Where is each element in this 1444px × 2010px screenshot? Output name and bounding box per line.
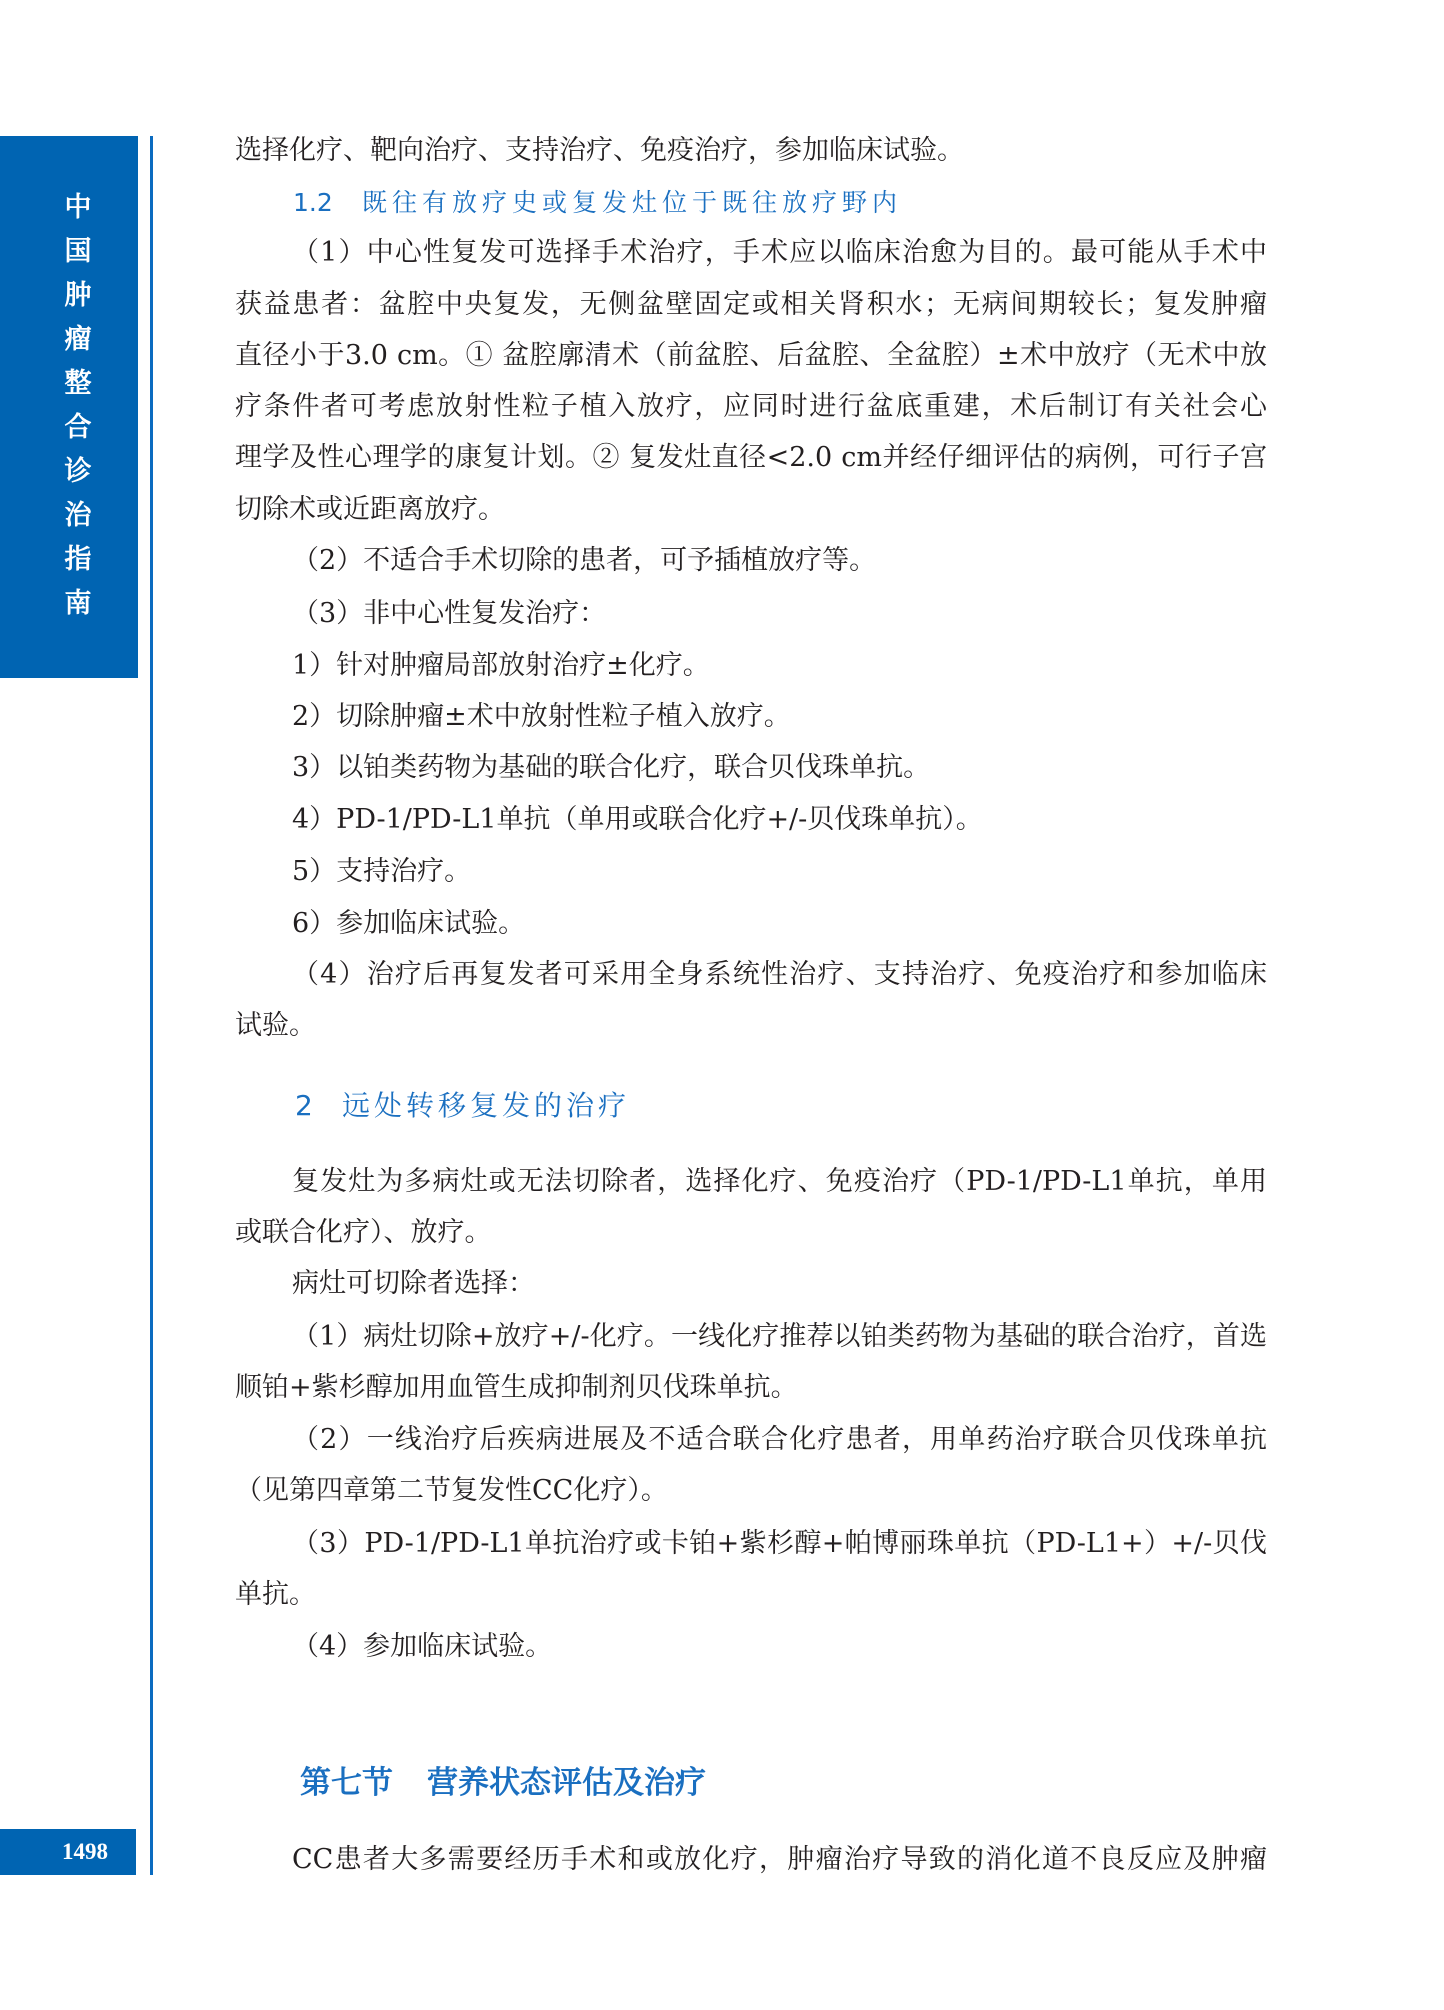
paragraph-line: （4）治疗后再复发者可采用全身系统性治疗、支持治疗、免疫治疗和参加临床 [292, 958, 1267, 992]
sidebar-char: 合 [0, 413, 156, 443]
paragraph-line: 理学及性心理学的康复计划。② 复发灶直径<2.0 cm并经仔细评估的病例，可行子… [235, 441, 1267, 475]
paragraph-line: （2）不适合手术切除的患者，可予插植放疗等。 [292, 544, 1267, 578]
section-title-7: 第七节营养状态评估及治疗 [300, 1762, 706, 1804]
list-item-line: （3）PD-1/PD-L1单抗治疗或卡铂+紫杉醇+帕博丽珠单抗（PD-L1+）+… [292, 1527, 1267, 1561]
sidebar-char: 整 [0, 369, 156, 399]
section-text: 营养状态评估及治疗 [427, 1765, 706, 1801]
sidebar-char: 指 [0, 545, 156, 575]
list-item: 1）针对肿瘤局部放射治疗±化疗。 [292, 649, 1267, 683]
heading-number: 2 [295, 1087, 342, 1125]
paragraph-line: 或联合化疗）、放疗。 [235, 1216, 1267, 1250]
subsection-heading-1-2: 1.2既往有放疗史或复发灶位于既往放疗野内 [293, 186, 902, 220]
sidebar-char: 瘤 [0, 325, 156, 355]
list-item: 2）切除肿瘤±术中放射性粒子植入放疗。 [292, 700, 1267, 734]
page-number: 1498 [62, 1829, 108, 1875]
paragraph-line: 直径小于3.0 cm。① 盆腔廓清术（前盆腔、后盆腔、全盆腔）±术中放疗（无术中… [235, 339, 1267, 373]
list-item-line: （1）病灶切除+放疗+/-化疗。一线化疗推荐以铂类药物为基础的联合治疗，首选 [292, 1320, 1267, 1354]
list-item: 3）以铂类药物为基础的联合化疗，联合贝伐珠单抗。 [292, 751, 1267, 785]
sidebar-char: 国 [0, 237, 156, 267]
sidebar-char: 治 [0, 501, 156, 531]
sidebar-char: 中 [0, 193, 156, 223]
paragraph-line: 获益患者：盆腔中央复发，无侧盆壁固定或相关肾积水；无病间期较长；复发肿瘤 [235, 288, 1267, 322]
list-item-line: （2）一线治疗后疾病进展及不适合联合化疗患者，用单药治疗联合贝伐珠单抗 [292, 1423, 1267, 1457]
paragraph-line: 病灶可切除者选择： [292, 1267, 1267, 1301]
sidebar-char: 诊 [0, 457, 156, 487]
paragraph-line: 试验。 [235, 1009, 1267, 1043]
list-item-line: （见第四章第二节复发性CC化疗）。 [235, 1474, 1267, 1508]
margin-rule [150, 136, 153, 1875]
paragraph-line: CC患者大多需要经历手术和或放化疗，肿瘤治疗导致的消化道不良反应及肿瘤 [292, 1843, 1267, 1877]
list-item-line: 单抗。 [235, 1578, 1267, 1612]
list-item: 5）支持治疗。 [292, 855, 1267, 889]
section-heading-2: 2远处转移复发的治疗 [295, 1087, 630, 1125]
paragraph-line: 切除术或近距离放疗。 [235, 493, 1267, 527]
paragraph-line: （1）中心性复发可选择手术治疗，手术应以临床治愈为目的。最可能从手术中 [292, 236, 1267, 270]
sidebar-char: 南 [0, 589, 156, 619]
page-number-box: 1498 [0, 1829, 136, 1875]
paragraph-line: 选择化疗、靶向治疗、支持治疗、免疫治疗，参加临床试验。 [235, 134, 1267, 168]
section-number: 第七节 [300, 1765, 393, 1801]
paragraph-line: （3）非中心性复发治疗： [292, 597, 1267, 631]
heading-number: 1.2 [293, 186, 362, 220]
sidebar-char: 肿 [0, 281, 156, 311]
heading-text: 远处转移复发的治疗 [342, 1089, 630, 1122]
list-item-line: 顺铂+紫杉醇加用血管生成抑制剂贝伐珠单抗。 [235, 1371, 1267, 1405]
heading-text: 既往有放疗史或复发灶位于既往放疗野内 [362, 188, 902, 217]
list-item-line: （4）参加临床试验。 [292, 1630, 1267, 1664]
list-item: 6）参加临床试验。 [292, 907, 1267, 941]
paragraph-line: 复发灶为多病灶或无法切除者，选择化疗、免疫治疗（PD-1/PD-L1单抗，单用 [292, 1165, 1267, 1199]
list-item: 4）PD-1/PD-L1单抗（单用或联合化疗+/-贝伐珠单抗）。 [292, 803, 1267, 837]
paragraph-line: 疗条件者可考虑放射性粒子植入放疗，应同时进行盆底重建，术后制订有关社会心 [235, 390, 1267, 424]
